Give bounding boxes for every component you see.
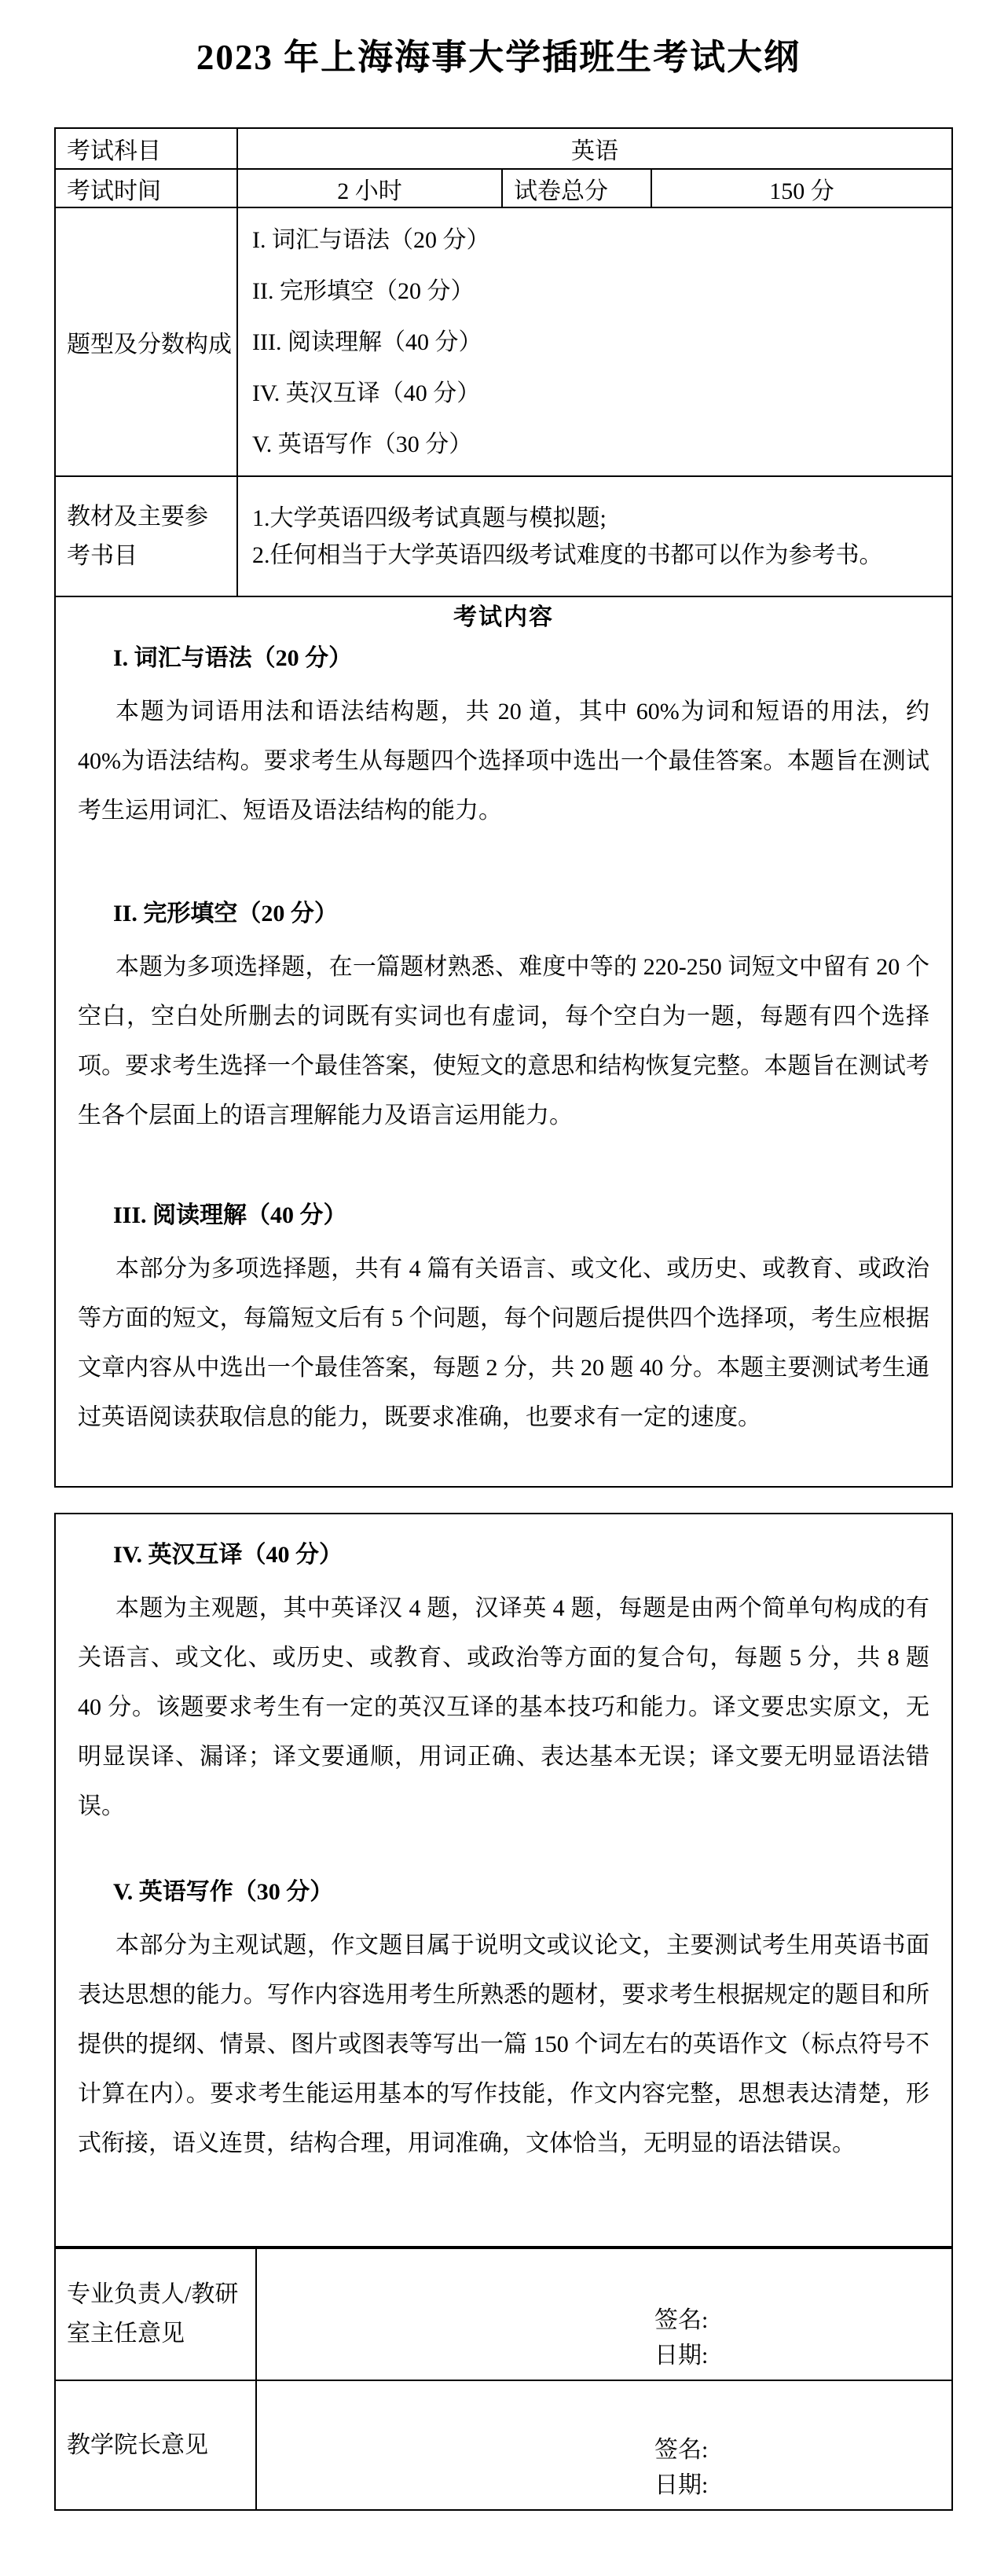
signoff-label-dean: 教学院长意见 [56, 2381, 255, 2509]
materials-row: 教材及主要参考书目 1.大学英语四级考试真题与模拟题; 2.任何相当于大学英语四… [56, 477, 951, 597]
structure-item: V. 英语写作（30 分） [252, 419, 951, 470]
structure-item: IV. 英汉互译（40 分） [252, 368, 951, 419]
section-heading-5: V. 英语写作（30 分） [113, 1877, 929, 1908]
subject-label: 考试科目 [56, 129, 236, 168]
subject-value: 英语 [236, 129, 951, 168]
materials-line: 1.大学英语四级考试真题与模拟题; [252, 500, 951, 537]
date-label: 日期: [654, 2468, 708, 2503]
sign-label: 签名: [654, 2303, 708, 2338]
exam-content-cell: 考试内容 I. 词汇与语法（20 分） 本题为词语用法和语法结构题，共 20 道… [56, 597, 951, 1486]
signoff-fields-director: 签名: 日期: [255, 2249, 951, 2380]
date-label: 日期: [654, 2338, 708, 2373]
section-heading-3: III. 阅读理解（40 分） [113, 1200, 929, 1231]
section-heading-2: II. 完形填空（20 分） [113, 898, 929, 930]
total-score-label: 试卷总分 [501, 170, 651, 207]
structure-item: II. 完形填空（20 分） [252, 266, 951, 317]
duration-row: 考试时间 2 小时 试卷总分 150 分 [56, 170, 951, 208]
section-body-2: 本题为多项选择题，在一篇题材熟悉、难度中等的 220-250 词短文中留有 20… [78, 942, 929, 1140]
section-body-3: 本部分为多项选择题，共有 4 篇有关语言、或文化、或历史、或教育、或政治等方面的… [78, 1244, 929, 1442]
section-heading-1: I. 词汇与语法（20 分） [113, 643, 929, 674]
materials-list: 1.大学英语四级考试真题与模拟题; 2.任何相当于大学英语四级考试难度的书都可以… [236, 477, 951, 596]
signoff-row-dean: 教学院长意见 签名: 日期: [56, 2381, 951, 2509]
section-body-5: 本部分为主观试题，作文题目属于说明文或议论文，主要测试考生用英语书面表达思想的能… [78, 1921, 929, 2168]
materials-label: 教材及主要参考书目 [56, 477, 236, 596]
section-body-4: 本题为主观题，其中英译汉 4 题，汉译英 4 题，每题是由两个简单句构成的有关语… [78, 1583, 929, 1831]
structure-label: 题型及分数构成 [56, 208, 236, 475]
exam-info-table: 考试科目 英语 考试时间 2 小时 试卷总分 150 分 题型及分数构成 I. … [54, 127, 953, 1488]
document-page: 2023 年上海海事大学插班生考试大纲 考试科目 英语 考试时间 2 小时 试卷… [0, 0, 997, 2576]
signoff-label-director: 专业负责人/教研室主任意见 [56, 2249, 255, 2380]
section-heading-4: IV. 英汉互译（40 分） [113, 1539, 929, 1571]
duration-label: 考试时间 [56, 170, 236, 207]
section-body-1: 本题为词语用法和语法结构题，共 20 道，其中 60%为词和短语的用法，约 40… [78, 687, 929, 835]
signoff-fields-dean: 签名: 日期: [255, 2381, 951, 2509]
signoff-table: 专业负责人/教研室主任意见 签名: 日期: 教学院长意见 签名: 日期: [54, 2248, 953, 2511]
structure-item: I. 词汇与语法（20 分） [252, 215, 951, 266]
exam-content-row: 考试内容 I. 词汇与语法（20 分） 本题为词语用法和语法结构题，共 20 道… [56, 597, 951, 1486]
structure-row: 题型及分数构成 I. 词汇与语法（20 分） II. 完形填空（20 分） II… [56, 208, 951, 477]
structure-list: I. 词汇与语法（20 分） II. 完形填空（20 分） III. 阅读理解（… [236, 208, 951, 475]
subject-row: 考试科目 英语 [56, 129, 951, 170]
exam-content-box-2: IV. 英汉互译（40 分） 本题为主观题，其中英译汉 4 题，汉译英 4 题，… [54, 1513, 953, 2248]
structure-item: III. 阅读理解（40 分） [252, 317, 951, 368]
sign-label: 签名: [654, 2432, 708, 2468]
materials-line: 2.任何相当于大学英语四级考试难度的书都可以作为参考书。 [252, 537, 951, 574]
exam-content-cell-2: IV. 英汉互译（40 分） 本题为主观题，其中英译汉 4 题，汉译英 4 题，… [56, 1514, 951, 2168]
total-score-value: 150 分 [651, 170, 951, 207]
page-title: 2023 年上海海事大学插班生考试大纲 [0, 0, 997, 80]
content-heading: 考试内容 [78, 600, 929, 635]
signoff-row-director: 专业负责人/教研室主任意见 签名: 日期: [56, 2249, 951, 2381]
duration-value: 2 小时 [236, 170, 501, 207]
